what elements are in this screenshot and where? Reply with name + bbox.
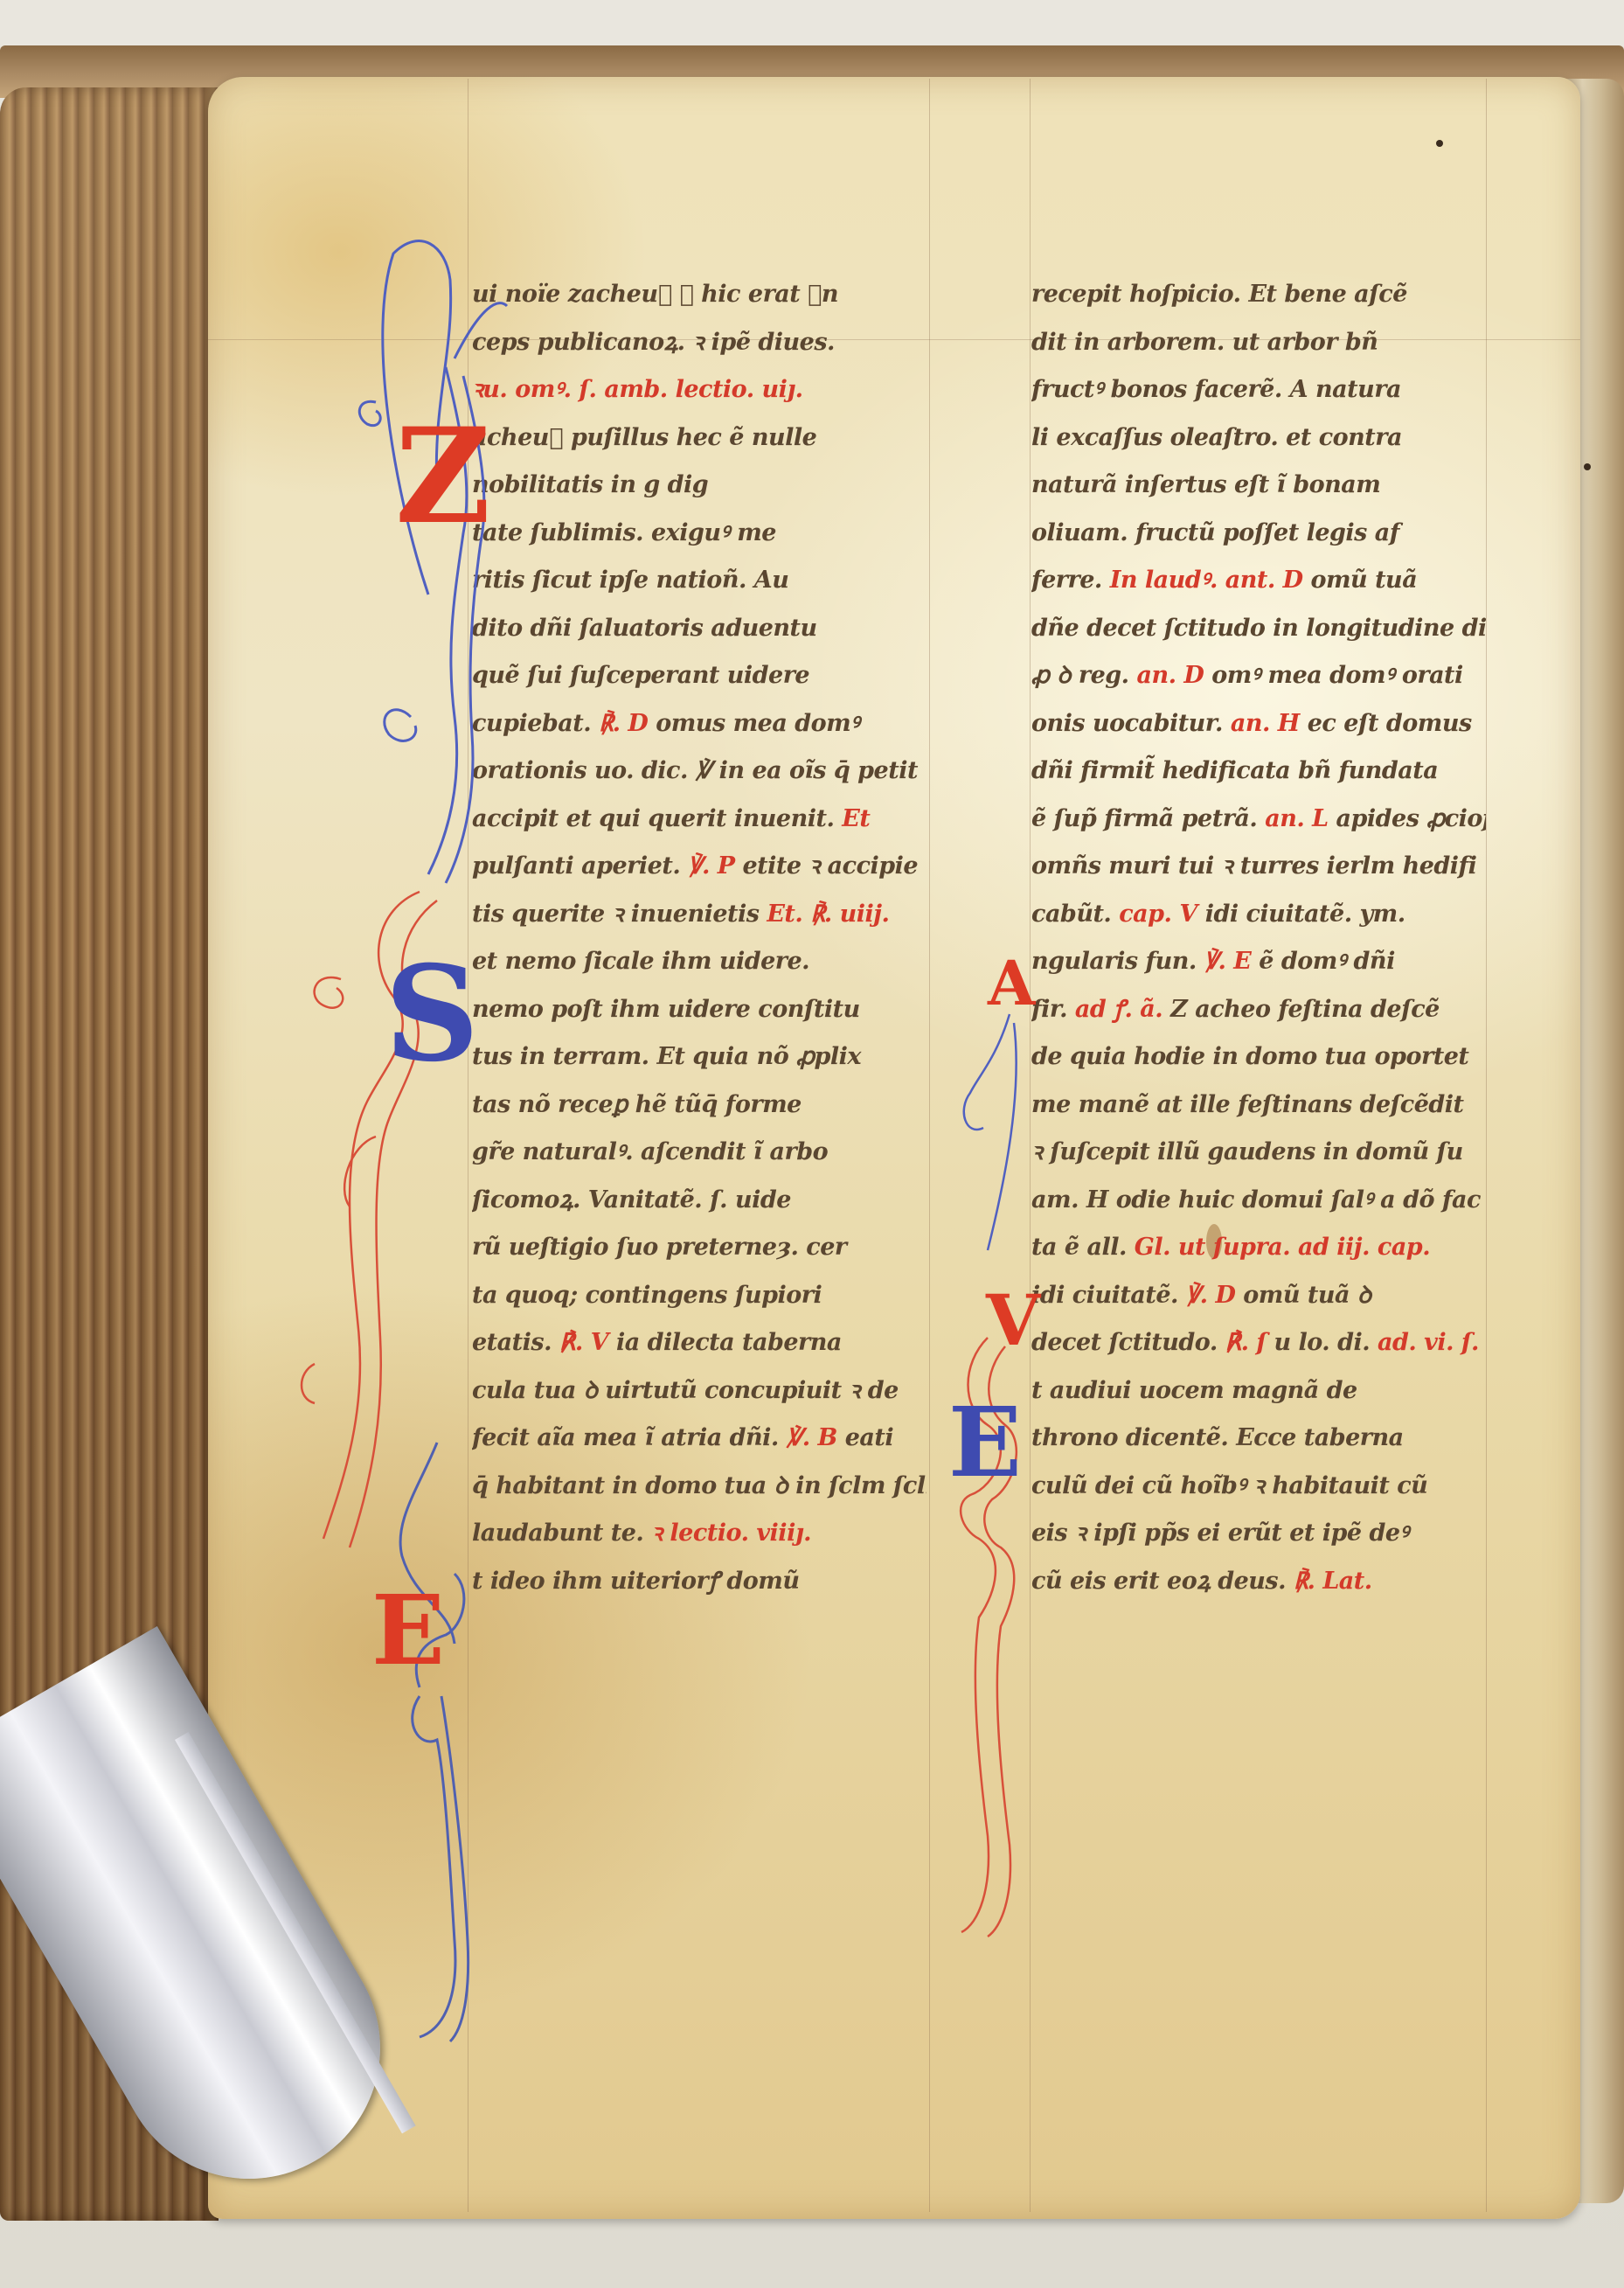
line-text: eis ꝛ ipſi pp̃s ei erũt et ipẽ deꝰ — [1031, 1520, 1408, 1547]
line-text-after: u lo. di. — [1267, 1329, 1371, 1356]
line-text: tus in terram. Et quia nõ ꝓplix — [472, 1043, 861, 1070]
right-text-column: recepit hoſpicio. Et bene aſcẽdit in arb… — [1031, 271, 1486, 1605]
line-text: ꝓ ꝺ reg. — [1031, 662, 1129, 689]
rubric: an. L — [1257, 805, 1328, 832]
text-line: rũ ueſtigio ſuo preterneȝ. cer — [472, 1224, 927, 1272]
rubric: Et — [834, 805, 870, 832]
line-text: recepit hoſpicio. Et bene aſcẽ — [1031, 281, 1407, 308]
rubric: cap. V — [1111, 901, 1197, 928]
text-line: omñs muri tui ꝛ turres ierlm hedifi — [1031, 843, 1486, 891]
line-text: ngularis fun. — [1031, 948, 1197, 975]
rubric: ℣. E — [1197, 948, 1252, 975]
text-line: tate ſublimis. exiguꝰ me — [472, 510, 927, 558]
initial-s: S — [385, 949, 479, 1080]
rubric: Gl. ut ſupra. ad iij. cap. — [1127, 1234, 1430, 1261]
line-text: t audiui uocem magnã de — [1031, 1377, 1357, 1404]
text-line: dit in arborem. ut arbor bñ — [1031, 319, 1486, 367]
line-text: me manẽ at ille feſtinans deſcẽdit — [1031, 1091, 1464, 1118]
text-line: laudabunt te. ꝛ lectio. viiiȷ. — [472, 1510, 927, 1558]
prick-mark — [1436, 140, 1443, 147]
line-text: omñs muri tui ꝛ turres ierlm hedifi — [1031, 852, 1476, 880]
line-text: t ideo ihm uiteriorꝭ domũ — [472, 1568, 800, 1595]
line-text: quẽ ſui ſuſceperant uidere — [472, 662, 809, 689]
text-line: nobilitatis in g dig — [472, 462, 927, 510]
line-text: onis uocabitur. — [1031, 710, 1223, 737]
text-line: ferre. In laudꝰ. ant. D omũ tuã — [1031, 557, 1486, 605]
line-text: de quia hodie in domo tua oportet — [1031, 1043, 1468, 1070]
line-text-after: eati — [837, 1424, 893, 1451]
line-text: ta ẽ all. — [1031, 1234, 1127, 1261]
text-line: am. H odie huic domui ſalꝰ a dõ fac — [1031, 1177, 1486, 1225]
line-text: ui noïe zacheu᷑ ꝛ hic erat ꝓn — [472, 281, 838, 308]
text-line: orationis uo. dic. ℣ in ea oĩs q̄ petit — [472, 748, 927, 796]
text-line: gr̃e naturalꝰ. aſcendit ĩ arbo — [472, 1129, 927, 1177]
text-line: ta quoq; contingens ſupiori — [472, 1272, 927, 1320]
text-line: onis uocabitur. an. H ec eſt domus — [1031, 700, 1486, 748]
line-text: fructꝰ bonos facerẽ. A natura — [1031, 376, 1401, 403]
text-line: ꝛu. omꝰ. ſ. amb. lectio. uiȷ. — [472, 366, 927, 414]
line-text: tis querite ꝛ inuenietis — [472, 901, 759, 928]
line-text-after: apides ꝓcioſi — [1329, 805, 1486, 832]
rubric: ad ꝭ. ã. — [1067, 996, 1162, 1023]
line-text: decet ſctitudo. — [1031, 1329, 1218, 1356]
line-text: dñi firmit̃ hedificata bñ fundata — [1031, 757, 1438, 784]
text-line: acheu᷑ puſillus hec ẽ nulle — [472, 414, 927, 462]
line-text: fecit aĩa mea ĩ atria dñi. — [472, 1424, 779, 1451]
initial-a: A — [988, 953, 1035, 1014]
line-text-after: odie huic domui ſalꝰ a dõ fac — [1108, 1186, 1481, 1214]
left-text-column: ui noïe zacheu᷑ ꝛ hic erat ꝓnceps public… — [472, 271, 927, 1605]
text-line: eis ꝛ ipſi pp̃s ei erũt et ipẽ deꝰ — [1031, 1510, 1486, 1558]
pen-flourish-blue — [341, 227, 516, 892]
text-line: fir. ad ꝭ. ã. Z acheo feſtina deſcẽ — [1031, 986, 1486, 1034]
text-line: throno dicentẽ. Ecce taberna — [1031, 1415, 1486, 1463]
rubric: ℟. ſ — [1218, 1329, 1267, 1356]
line-text: orationis uo. dic. ℣ in ea oĩs q̄ petit — [472, 757, 918, 784]
rubric: ℣. P — [680, 852, 734, 880]
rubric: ℣. D — [1178, 1282, 1235, 1309]
text-line: ritis ſicut ipſe natioñ. Au — [472, 557, 927, 605]
line-text: rũ ueſtigio ſuo preterneȝ. cer — [472, 1234, 847, 1261]
line-text: q̄ habitant in domo tua ꝺ in ſclm ſcli — [472, 1472, 927, 1499]
text-line: tas nõ receꝑ hẽ tũq̄ forme — [472, 1081, 927, 1130]
text-line: t ideo ihm uiteriorꝭ domũ — [472, 1558, 927, 1606]
text-line: cula tua ꝺ uirtutũ concupiuit ꝛ de — [472, 1367, 927, 1415]
text-line: decet ſctitudo. ℟. ſ u lo. di. ad. vi. ſ… — [1031, 1319, 1486, 1367]
text-line: ta ẽ all. Gl. ut ſupra. ad iij. cap. — [1031, 1224, 1486, 1272]
text-line: cupiebat. ℟. D omus mea domꝰ — [472, 700, 927, 748]
line-text: ferre. — [1031, 567, 1102, 594]
line-text: naturã inſertus eſt ĩ bonam — [1031, 471, 1380, 498]
text-line: accipit et qui querit inuenit. Et — [472, 796, 927, 844]
text-line: ſicomoꝝ. Vanitatẽ. ſ. uide — [472, 1177, 927, 1225]
line-text-after: etite ꝛ accipie — [735, 852, 919, 880]
line-text-after: omũ tuã ꝺ — [1235, 1282, 1371, 1309]
rubric: ꝛu. omꝰ. ſ. amb. lectio. uiȷ. — [472, 376, 803, 403]
text-line: ceps publicanoꝝ. ꝛ ipẽ diues. — [472, 319, 927, 367]
text-line: dito dñi ſaluatoris aduentu — [472, 605, 927, 653]
text-line: ngularis fun. ℣. E ẽ domꝰ dñi — [1031, 938, 1486, 986]
rubric: ℟. D — [591, 710, 648, 737]
text-line: dñe decet ſctitudo in longitudine dieꝝ — [1031, 605, 1486, 653]
text-line: ui noïe zacheu᷑ ꝛ hic erat ꝓn — [472, 271, 927, 319]
text-line: dñi firmit̃ hedificata bñ fundata — [1031, 748, 1486, 796]
line-text-after: omũ tuã — [1303, 567, 1418, 594]
text-line: culũ dei cũ hoĩbꝰ ꝛ habitauit cũ — [1031, 1463, 1486, 1511]
text-line: ꝓ ꝺ reg. an. D omꝰ mea domꝰ orati — [1031, 652, 1486, 700]
line-text: et nemo ſicale ihm uidere. — [472, 948, 809, 975]
text-line: me manẽ at ille feſtinans deſcẽdit — [1031, 1081, 1486, 1130]
rubric: ad. vi. ſ. — [1370, 1329, 1479, 1356]
rubric: ℟. V — [552, 1329, 608, 1356]
line-text: nemo poſt ihm uidere conſtitu — [472, 996, 860, 1023]
line-text: am. H — [1031, 1186, 1108, 1214]
text-line: cũ eis erit eoꝝ deus. ℟. Lat. — [1031, 1558, 1486, 1606]
initial-e-right: E — [948, 1394, 1022, 1491]
rubric: Et. ℟. uiij. — [759, 901, 889, 928]
line-text: etatis. — [472, 1329, 552, 1356]
text-line: pulſanti aperiet. ℣. P etite ꝛ accipie — [472, 843, 927, 891]
text-line: etatis. ℟. V ia dilecta taberna — [472, 1319, 927, 1367]
text-line: tis querite ꝛ inuenietis Et. ℟. uiij. — [472, 891, 927, 939]
line-text: ta quoq; contingens ſupiori — [472, 1282, 822, 1309]
text-line: nemo poſt ihm uidere conſtitu — [472, 986, 927, 1034]
line-text: li excaſſus oleaſtro. et contra — [1031, 424, 1402, 451]
line-text: cũ eis erit eoꝝ deus. — [1031, 1568, 1286, 1595]
line-text: throno dicentẽ. Ecce taberna — [1031, 1424, 1404, 1451]
line-text: dñe decet ſctitudo in longitudine dieꝝ — [1031, 615, 1486, 642]
line-text-after: Z acheo feſtina deſcẽ — [1162, 996, 1440, 1023]
line-text: ceps publicanoꝝ. ꝛ ipẽ diues. — [472, 329, 835, 356]
ruling-line — [929, 79, 930, 2212]
text-line: fecit aĩa mea ĩ atria dñi. ℣. B eati — [472, 1415, 927, 1463]
text-line: cabũt. cap. V idi ciuitatẽ. ym. — [1031, 891, 1486, 939]
text-line: oliuam. fructũ poſſet legis af — [1031, 510, 1486, 558]
line-text: acheu᷑ puſillus hec ẽ nulle — [472, 424, 816, 451]
line-text-after: ia dilecta taberna — [608, 1329, 842, 1356]
text-line: fructꝰ bonos facerẽ. A natura — [1031, 366, 1486, 414]
line-text-after: omꝰ mea domꝰ orati — [1204, 662, 1462, 689]
text-line: recepit hoſpicio. Et bene aſcẽ — [1031, 271, 1486, 319]
pen-flourish-blue-bottom — [367, 1434, 498, 2046]
line-text: idi ciuitatẽ. — [1031, 1282, 1178, 1309]
line-text: ſicomoꝝ. Vanitatẽ. ſ. uide — [472, 1186, 791, 1214]
ruling-line — [1486, 79, 1487, 2212]
line-text: ritis ſicut ipſe natioñ. Au — [472, 567, 788, 594]
line-text: culũ dei cũ hoĩbꝰ ꝛ habitauit cũ — [1031, 1472, 1427, 1499]
rubric: ℟. Lat. — [1286, 1568, 1372, 1595]
line-text: tas nõ receꝑ hẽ tũq̄ forme — [472, 1091, 802, 1118]
line-text: accipit et qui querit inuenit. — [472, 805, 834, 832]
line-text-after: idi ciuitatẽ. ym. — [1197, 901, 1405, 928]
line-text: tate ſublimis. exiguꝰ me — [472, 519, 776, 546]
rubric: ꝛ lectio. viiiȷ. — [643, 1520, 811, 1547]
line-text: dit in arborem. ut arbor bñ — [1031, 329, 1378, 356]
rubric: an. H — [1223, 710, 1300, 737]
line-text: cabũt. — [1031, 901, 1111, 928]
text-line: idi ciuitatẽ. ℣. D omũ tuã ꝺ — [1031, 1272, 1486, 1320]
text-line: et nemo ſicale ihm uidere. — [472, 938, 927, 986]
text-line: ꝛ ſuſcepit illũ gaudens in domũ ſu — [1031, 1129, 1486, 1177]
line-text: dito dñi ſaluatoris aduentu — [472, 615, 817, 642]
rubric: an. D — [1129, 662, 1204, 689]
text-line: ẽ ſup̃ firmã petrã. an. L apides ꝓcioſi — [1031, 796, 1486, 844]
rubric: In laudꝰ. ant. D — [1102, 567, 1303, 594]
line-text: oliuam. fructũ poſſet legis af — [1031, 519, 1399, 546]
rubric: ℣. B — [779, 1424, 837, 1451]
line-text: fir. — [1031, 996, 1067, 1023]
text-line: naturã inſertus eſt ĩ bonam — [1031, 462, 1486, 510]
text-line: de quia hodie in domo tua oportet — [1031, 1033, 1486, 1081]
initial-e-left: E — [371, 1582, 445, 1679]
text-line: li excaſſus oleaſtro. et contra — [1031, 414, 1486, 462]
line-text: gr̃e naturalꝰ. aſcendit ĩ arbo — [472, 1138, 828, 1165]
line-text: ẽ ſup̃ firmã petrã. — [1031, 805, 1257, 832]
line-text: ꝛ ſuſcepit illũ gaudens in domũ ſu — [1031, 1138, 1463, 1165]
line-text-after: omus mea domꝰ — [648, 710, 859, 737]
text-line: t audiui uocem magnã de — [1031, 1367, 1486, 1415]
text-line: tus in terram. Et quia nõ ꝓplix — [472, 1033, 927, 1081]
initial-v: V — [986, 1285, 1040, 1355]
prick-mark — [1584, 463, 1591, 470]
text-line: q̄ habitant in domo tua ꝺ in ſclm ſcli — [472, 1463, 927, 1511]
line-text-after: ẽ domꝰ dñi — [1251, 948, 1394, 975]
line-text: cula tua ꝺ uirtutũ concupiuit ꝛ de — [472, 1377, 899, 1404]
text-line: quẽ ſui ſuſceperant uidere — [472, 652, 927, 700]
initial-z: Z — [395, 411, 491, 542]
line-text-after: ec eſt domus — [1300, 710, 1472, 737]
